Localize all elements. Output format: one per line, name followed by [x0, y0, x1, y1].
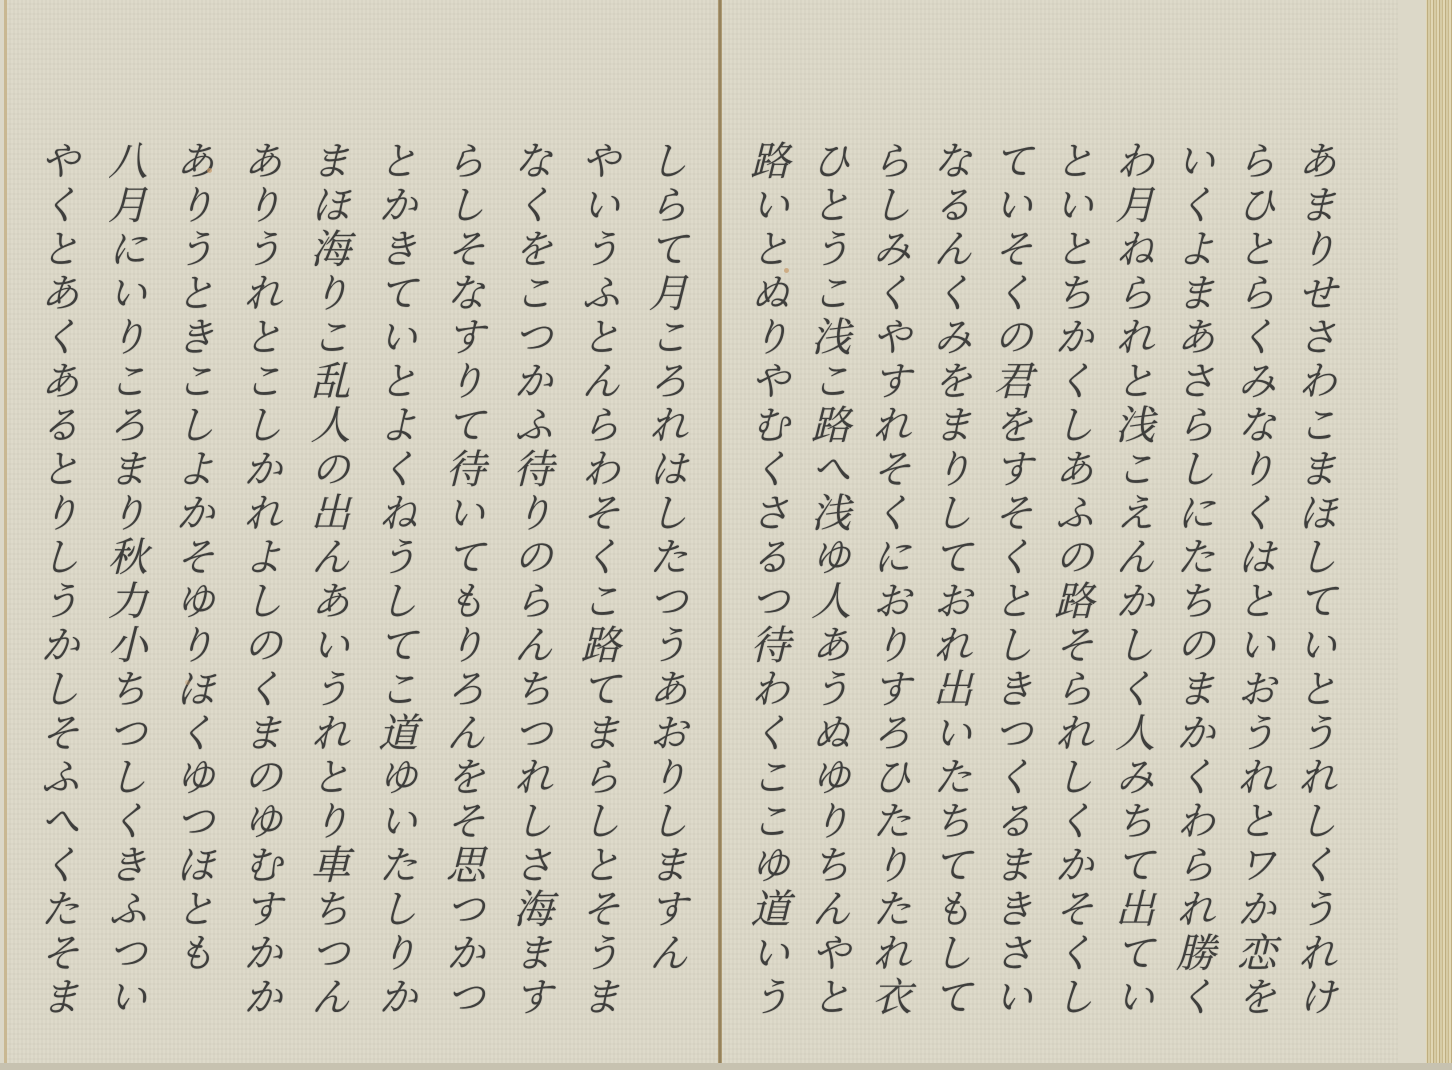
- text-column: しらて月ころれはしたつうあおりしますん: [649, 140, 697, 1020]
- right-page-text: あまりせさわこまほしていとうれしくうれける らひとらくみなりくはといおうれとワか…: [742, 140, 1350, 1063]
- text-column: 八月にいりころまり秋力小ちつしくきふつい: [109, 140, 157, 1020]
- text-column: ありうれとこしかれよしのくまのゆむすかから: [244, 140, 292, 1020]
- paper-stain: [185, 680, 190, 685]
- right-page: あまりせさわこまほしていとうれしくうれける らひとらくみなりくはといおうれとワか…: [722, 0, 1398, 1063]
- paper-stain: [784, 268, 789, 273]
- book-spread: しらて月ころれはしたつうあおりしますん やいうふとんらわそくこ路てまらしとそうま…: [0, 0, 1452, 1070]
- left-page: しらて月ころれはしたつうあおりしますん やいうふとんらわそくこ路てまらしとそうま…: [4, 0, 721, 1063]
- text-column: ありうときこしよかそゆりほくゆつほとも: [176, 140, 224, 1020]
- text-column: らしみくやすれそくにおりすろひたりたれ衣つれ: [868, 140, 921, 1020]
- text-column: らひとらくみなりくはといおうれとワか恋を思: [1232, 140, 1285, 1020]
- text-column: らしそなすりて待いてもりろんをそ思つかつる: [447, 140, 495, 1020]
- text-column: ひとうこ浅こ路へ浅ゆ人あうぬゆりちんやとれ: [807, 140, 860, 1020]
- text-column: なくをこつかふ待りのらんちつれしさ海ますあ: [514, 140, 562, 1020]
- text-column: 路いとぬりやむくさるつ待わくここゆ道いう道: [746, 140, 799, 1020]
- text-column: いくよまあさらしにたちのまかくわられ勝く: [1172, 140, 1225, 1020]
- left-page-text: しらて月ころれはしたつうあおりしますん やいうふとんらわそくこ路てまらしとそうま…: [31, 140, 707, 1063]
- text-column: あまりせさわこまほしていとうれしくうれける: [1293, 140, 1346, 1020]
- text-column: なるんくみをまりしておれ出いたちてもしてまろし: [928, 140, 981, 1020]
- text-column: わ月ねられと浅こえんかしく人みちて出ていてきえんや: [1111, 140, 1164, 1020]
- text-column: まほ海りこ乱人の出んあいうれとり車ちつん: [311, 140, 359, 1020]
- paper-stain: [207, 168, 212, 173]
- text-column: やいうふとんらわそくこ路てまらしとそうますていと: [582, 140, 630, 1020]
- page-edges: [1398, 0, 1452, 1063]
- text-column: やくとあくあるとりしうかしそふへくたそまつれ: [41, 140, 89, 1020]
- text-column: といとちかくしあふの路そられしくかそくしとさう: [1050, 140, 1103, 1020]
- text-column: ていそくの君をすそくとしきつくるまきさいゐれ: [989, 140, 1042, 1020]
- bottom-edge: [0, 1063, 1452, 1070]
- text-column: とかきていとよくねうしてこ道ゆいたしりかそ: [379, 140, 427, 1020]
